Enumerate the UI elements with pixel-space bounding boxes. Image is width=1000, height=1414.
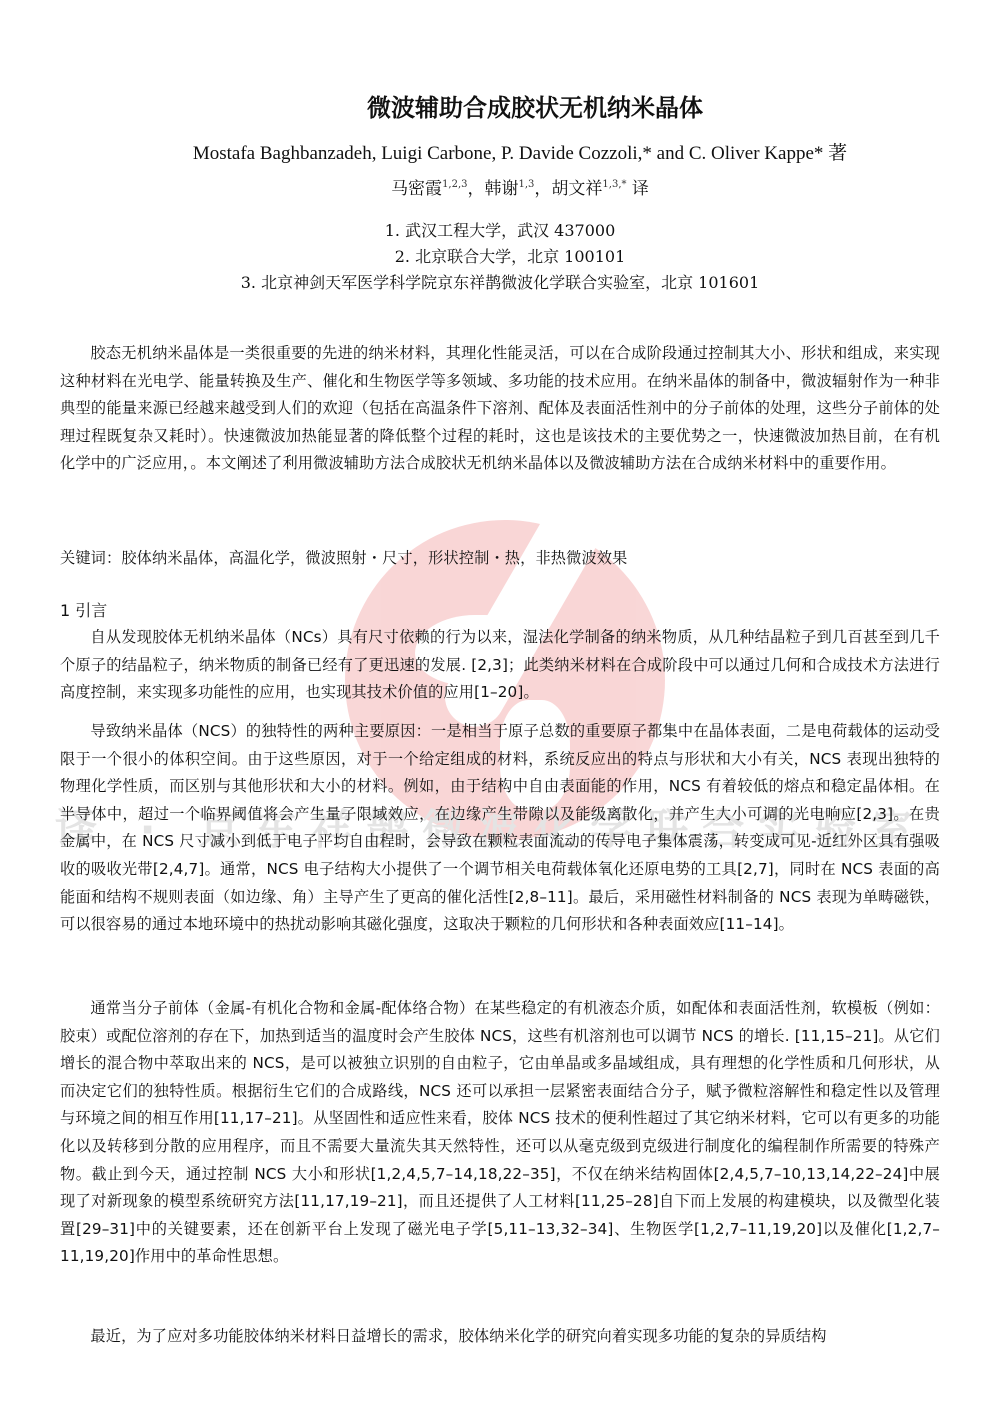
paragraph-1: 自从发现胶体无机纳米晶体（NCs）具有尺寸依赖的行为以来，湿法化学制备的纳米物质… — [60, 624, 940, 707]
separator: ， — [468, 179, 485, 199]
affiliation-1: 1. 武汉工程大学，武汉 437000 — [0, 218, 1000, 241]
authors-english: Mostafa Baghbanzadeh, Luigi Carbone, P. … — [0, 138, 1000, 165]
translator-name: 胡文祥 — [551, 179, 602, 199]
section-heading-introduction: 1 引言 — [60, 598, 107, 621]
paragraph-2: 导致纳米晶体（NCS）的独特性的两种主要原因：一是相当于原子总数的重要原子都集中… — [60, 718, 940, 939]
paper-title: 微波辅助合成胶状无机纳米晶体 — [0, 88, 1000, 123]
translator-affil-sup: 1,2,3 — [442, 179, 467, 190]
translator-suffix: 译 — [632, 179, 649, 199]
paragraph-4: 最近，为了应对多功能胶体纳米材料日益增长的需求，胶体纳米化学的研究向着实现多功能… — [60, 1323, 940, 1351]
translator-name: 马密霞 — [391, 179, 442, 199]
affiliation-3: 3. 北京神剑天军医学科学院京东祥鹊微波化学联合实验室，北京 101601 — [0, 270, 1000, 293]
paragraph-3: 通常当分子前体（金属-有机化合物和金属-配体络合物）在某些稳定的有机液态介质，如… — [60, 995, 940, 1271]
abstract: 胶态无机纳米晶体是一类很重要的先进的纳米材料，其理化性能灵活，可以在合成阶段通过… — [60, 340, 940, 478]
translator-name: 韩谢 — [485, 179, 519, 199]
separator: ， — [534, 179, 551, 199]
translator-affil-sup: 1,3,* — [602, 179, 626, 190]
keywords: 关键词：胶体纳米晶体，高温化学，微波照射・尺寸，形状控制・热，非热微波效果 — [60, 545, 940, 573]
affiliation-2: 2. 北京联合大学，北京 100101 — [0, 244, 1000, 267]
translator-affil-sup: 1,3 — [519, 179, 535, 190]
translators-line: 马密霞1,2,3，韩谢1,3，胡文祥1,3,* 译 — [0, 174, 1000, 199]
